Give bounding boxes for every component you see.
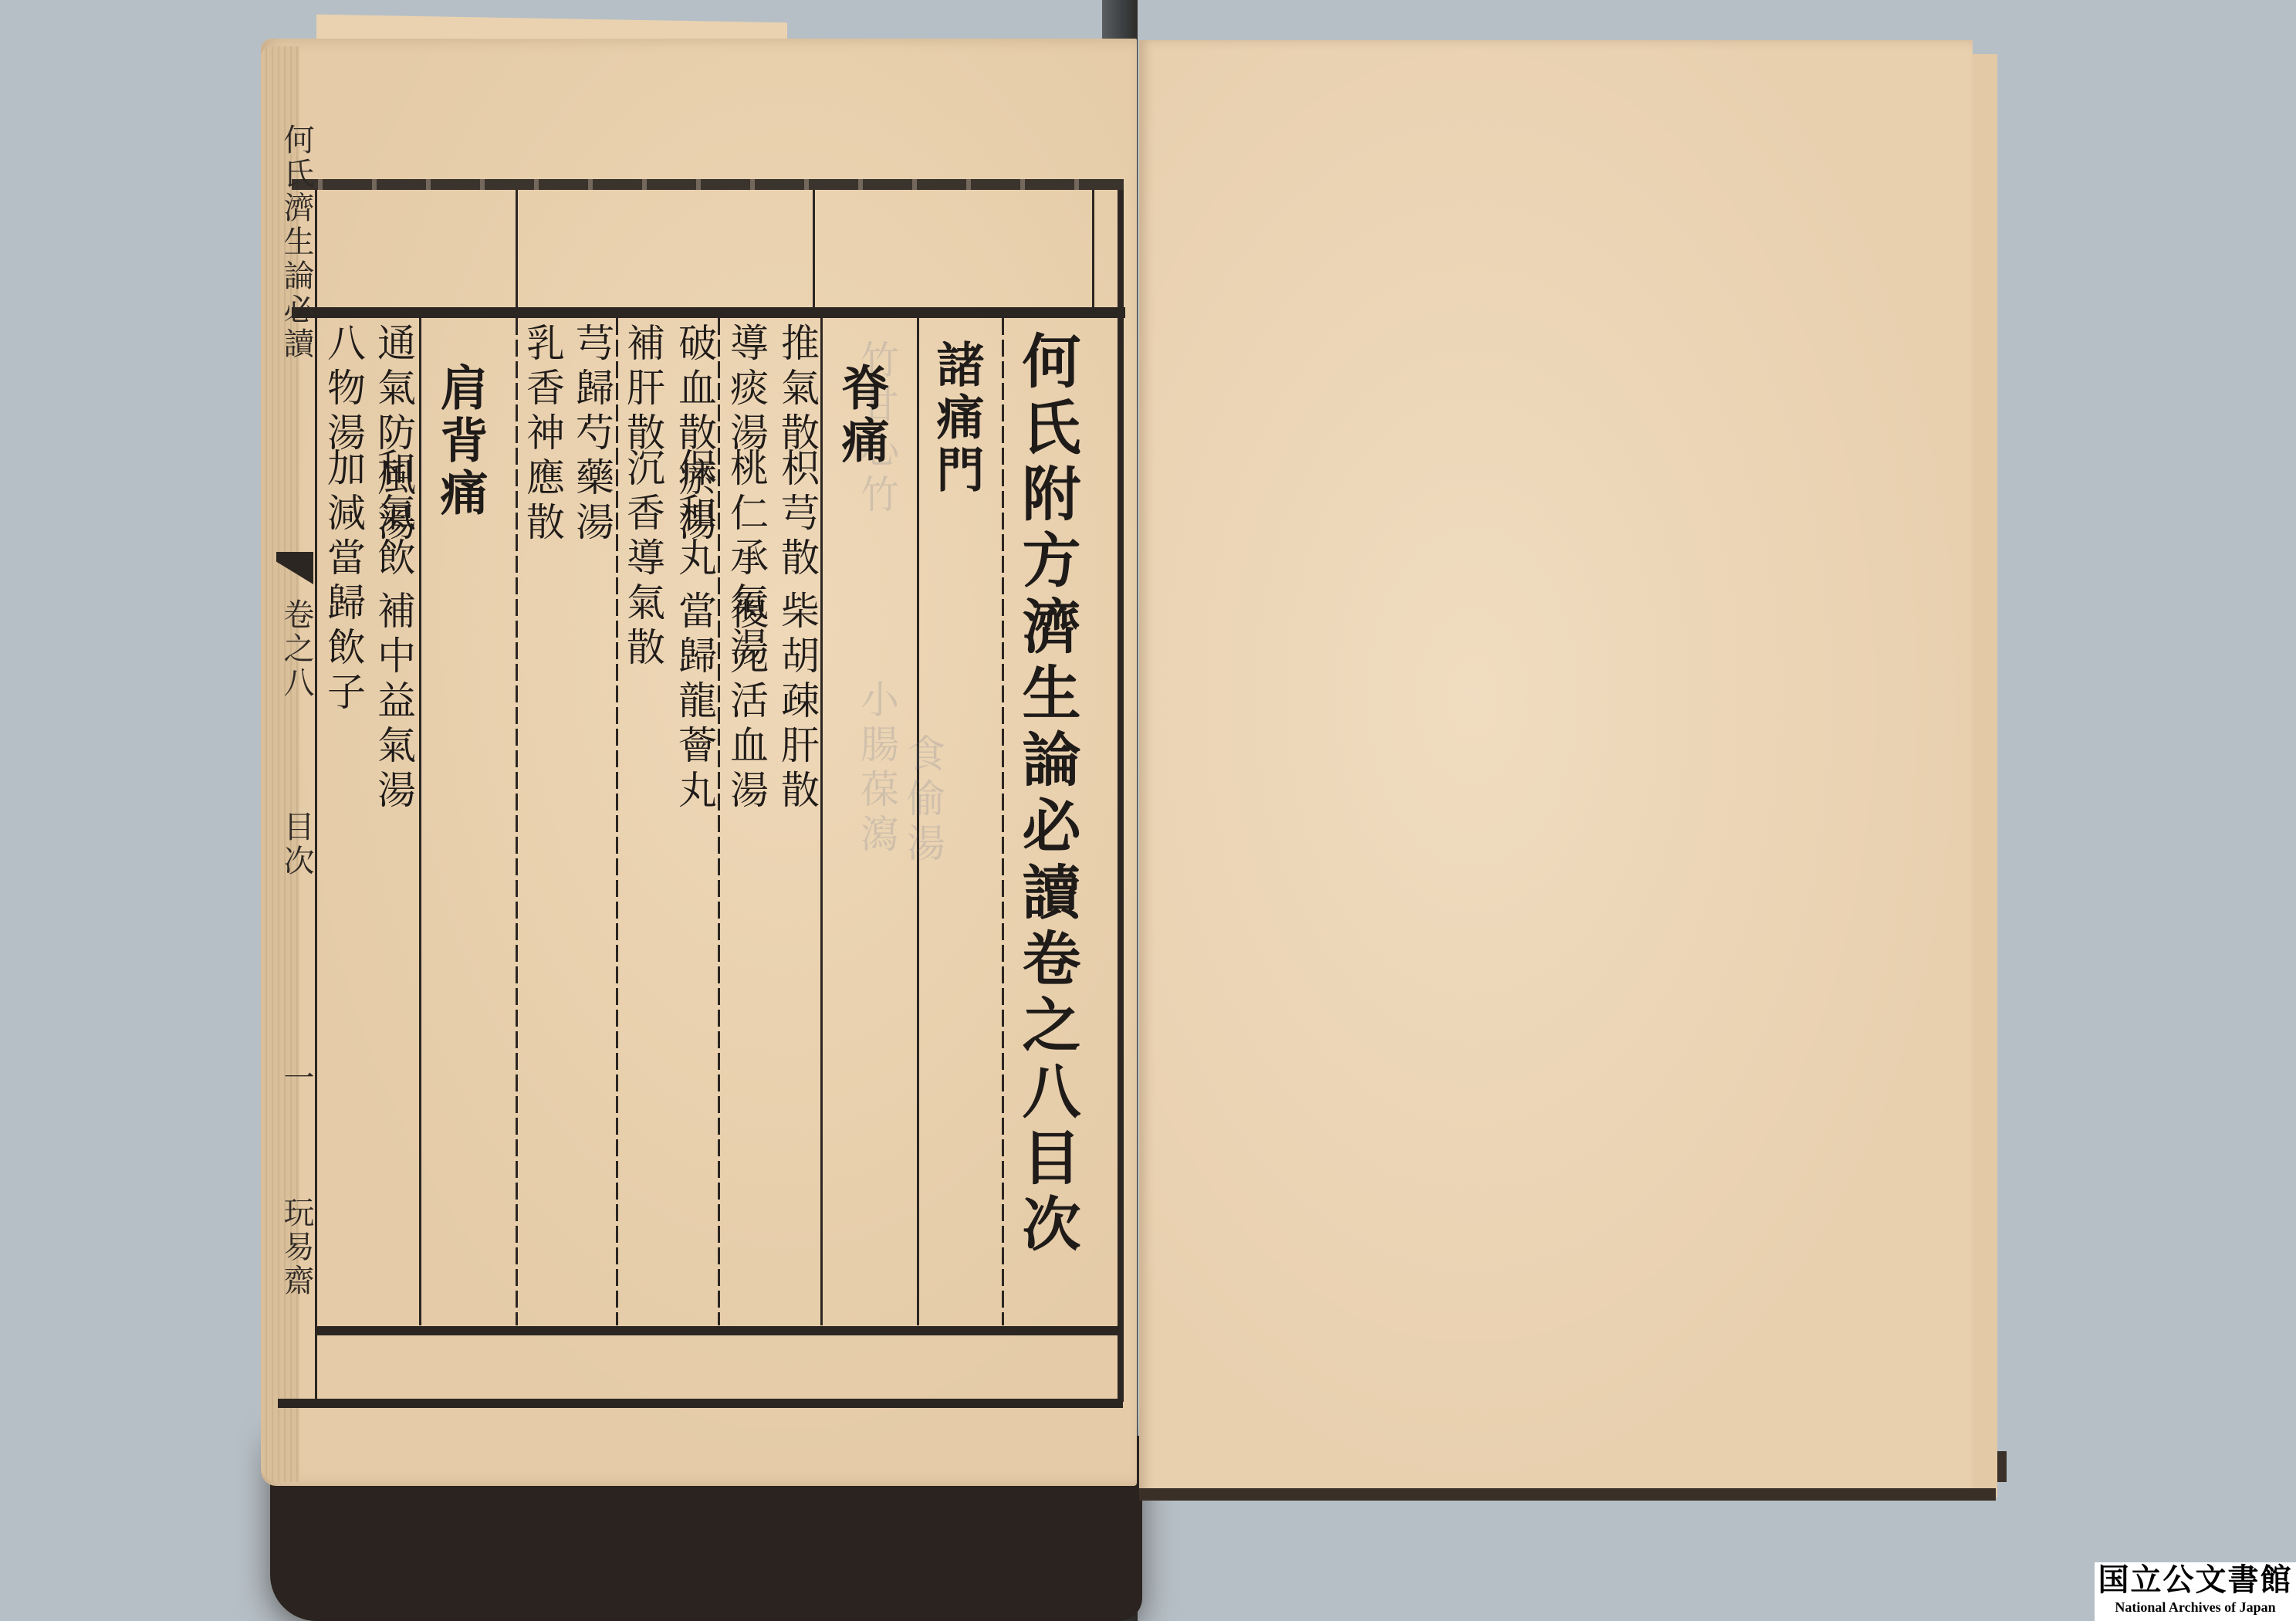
column-divider bbox=[516, 318, 518, 1325]
header-band-top-border bbox=[292, 179, 1124, 190]
body-bottom-rule bbox=[316, 1326, 1119, 1335]
recipe-entry: 導痰湯 bbox=[727, 323, 766, 457]
column-divider bbox=[718, 318, 720, 1325]
archive-watermark-logo: 国立公文書館 National Archives of Japan bbox=[2095, 1562, 2296, 1621]
recipe-entry: 推氣散 bbox=[778, 323, 817, 457]
right-page-blank bbox=[1139, 40, 1973, 1499]
recipe-entry: 八物湯 bbox=[324, 323, 363, 457]
recipe-entry: 柴胡疎肝散 bbox=[778, 591, 817, 814]
section-heading-zhu-tong-men: 諸痛門 bbox=[932, 340, 980, 497]
fore-edge-section: 目次 bbox=[281, 810, 312, 878]
fore-edge-publisher: 玩易齋 bbox=[281, 1196, 312, 1298]
recipe-entry: 補中益氣湯 bbox=[374, 591, 413, 814]
frame-bottom-border bbox=[278, 1399, 1123, 1408]
recipe-entry: 復元活血湯 bbox=[727, 591, 766, 814]
fore-edge-page-number: 一 bbox=[281, 1061, 312, 1095]
header-band-bottom-rule bbox=[292, 307, 1125, 318]
recipe-entry: 芎歸芍藥湯 bbox=[573, 323, 611, 547]
header-band-divider bbox=[813, 190, 815, 307]
recipe-entry: 加減當歸飲子 bbox=[324, 448, 363, 716]
column-divider bbox=[419, 318, 421, 1325]
recipe-entry: 乳香神應散 bbox=[523, 323, 562, 547]
right-page-edge-leaf bbox=[1970, 54, 1997, 1497]
fore-edge-volume: 卷之八 bbox=[281, 598, 312, 700]
subsection-heading-ji-tong: 脊痛 bbox=[837, 363, 885, 468]
subsection-heading-jian-bei-tong: 肩背痛 bbox=[436, 363, 484, 520]
column-divider bbox=[820, 318, 823, 1325]
fore-edge-book-title: 何氏濟生論必讀 bbox=[281, 124, 312, 361]
column-divider bbox=[616, 318, 618, 1325]
watermark-name-en: National Archives of Japan bbox=[2095, 1598, 2296, 1616]
recipe-entry: 沉香導氣散 bbox=[624, 448, 662, 672]
header-band-divider bbox=[516, 190, 518, 307]
frame-right-border bbox=[1118, 190, 1124, 1402]
recipe-entry: 和氣飲 bbox=[374, 448, 413, 582]
recipe-entry: 枳芎散 bbox=[778, 448, 817, 582]
header-band-divider bbox=[1092, 190, 1094, 307]
recipe-entry: 補肝散 bbox=[624, 323, 662, 457]
column-divider bbox=[1002, 318, 1004, 1325]
recipe-entry: 當歸龍薈丸 bbox=[675, 591, 714, 814]
watermark-name-ja: 国立公文書館 bbox=[2095, 1562, 2296, 1598]
page-title: 何氏附方濟生論必讀卷之八目次 bbox=[1017, 330, 1076, 1260]
frame-left-border bbox=[315, 190, 317, 1402]
recipe-entry: 保和丸 bbox=[675, 448, 714, 582]
bleed-through-text: 食偷湯 bbox=[895, 733, 951, 868]
right-page-bottom-edge bbox=[1139, 1488, 1996, 1501]
